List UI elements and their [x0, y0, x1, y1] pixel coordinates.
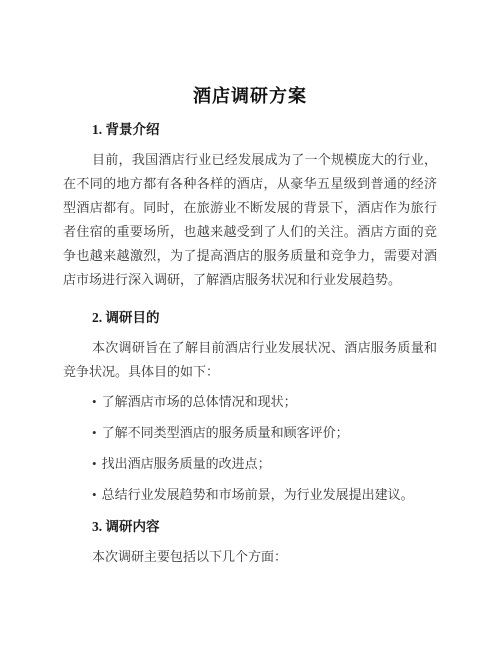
bullet-icon: •: [92, 483, 97, 507]
document-title: 酒店调研方案: [63, 84, 437, 108]
list-item-market-overview: •了解酒店市场的总体情况和现状；: [92, 390, 437, 414]
section-1-heading: 1. 背景介绍: [63, 118, 437, 142]
research-purpose-list: •了解酒店市场的总体情况和现状； •了解不同类型酒店的服务质量和顾客评价； •找…: [63, 390, 437, 507]
list-item-text: 了解酒店市场的总体情况和现状；: [102, 394, 297, 409]
list-item-trend-suggestions: •总结行业发展趋势和市场前景，为行业发展提出建议。: [92, 483, 437, 507]
list-item-service-quality: •了解不同类型酒店的服务质量和顾客评价；: [92, 421, 437, 445]
list-item-text: 总结行业发展趋势和市场前景，为行业发展提出建议。: [102, 487, 414, 502]
list-item-improvement-points: •找出酒店服务质量的改进点；: [92, 452, 437, 476]
section-2-paragraph: 本次调研旨在了解目前酒店行业发展状况、酒店服务质量和竞争状况。具体目的如下：: [63, 336, 437, 384]
list-item-text: 找出酒店服务质量的改进点；: [102, 456, 271, 471]
section-3-heading: 3. 调研内容: [63, 515, 437, 539]
section-1-paragraph: 目前，我国酒店行业已经发展成为了一个规模庞大的行业，在不同的地方都有各种各样的酒…: [63, 148, 437, 292]
list-item-text: 了解不同类型酒店的服务质量和顾客评价；: [102, 425, 349, 440]
section-3-paragraph: 本次调研主要包括以下几个方面：: [63, 545, 437, 569]
bullet-icon: •: [92, 452, 97, 476]
section-2-heading: 2. 调研目的: [63, 306, 437, 330]
document-page: 酒店调研方案 1. 背景介绍 目前，我国酒店行业已经发展成为了一个规模庞大的行业…: [0, 0, 500, 647]
bullet-icon: •: [92, 390, 97, 414]
bullet-icon: •: [92, 421, 97, 445]
